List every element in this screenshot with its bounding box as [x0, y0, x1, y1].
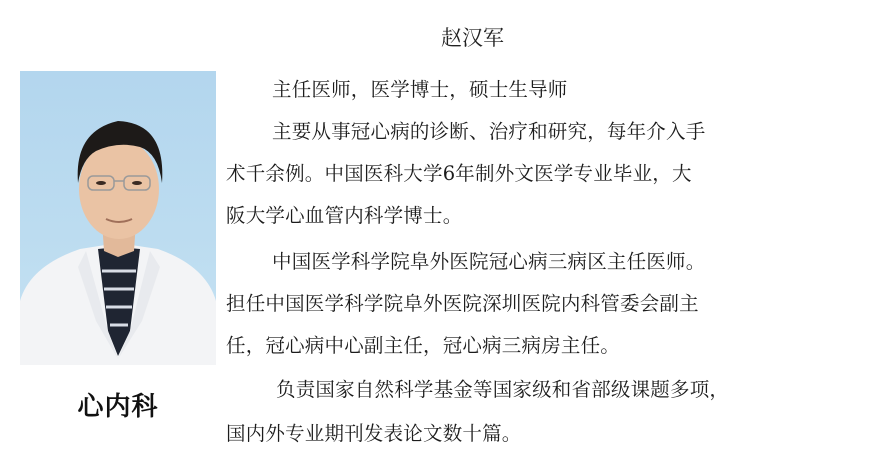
bio-line-publications: 国内外专业期刊发表论文数十篇。 — [226, 418, 522, 446]
department-label: 心内科 — [20, 386, 216, 423]
bio-line-phd: 阪大学心血管内科学博士。 — [226, 200, 462, 228]
bio-line-research: 主要从事冠心病的诊断、治疗和研究，每年介入手 — [272, 116, 705, 144]
bio-line-roles: 任，冠心病中心副主任，冠心病三病房主任。 — [226, 330, 620, 358]
bio-line-education: 术千余例。中国医科大学6年制外文医学专业毕业，大 — [226, 158, 692, 186]
portrait-illustration — [20, 71, 216, 365]
bio-line-grants: 负责国家自然科学基金等国家级和省部级课题多项， — [276, 374, 729, 402]
doctor-photo — [20, 71, 216, 365]
bio-line-position: 中国医学科学院阜外医院冠心病三病区主任医师。 — [272, 246, 705, 274]
bio-line-title: 主任医师，医学博士，硕士生导师 — [272, 74, 568, 102]
doctor-name: 赵汉军 — [441, 22, 504, 52]
bio-line-committee: 担任中国医学科学院阜外医院深圳医院内科管委会副主 — [226, 288, 699, 316]
